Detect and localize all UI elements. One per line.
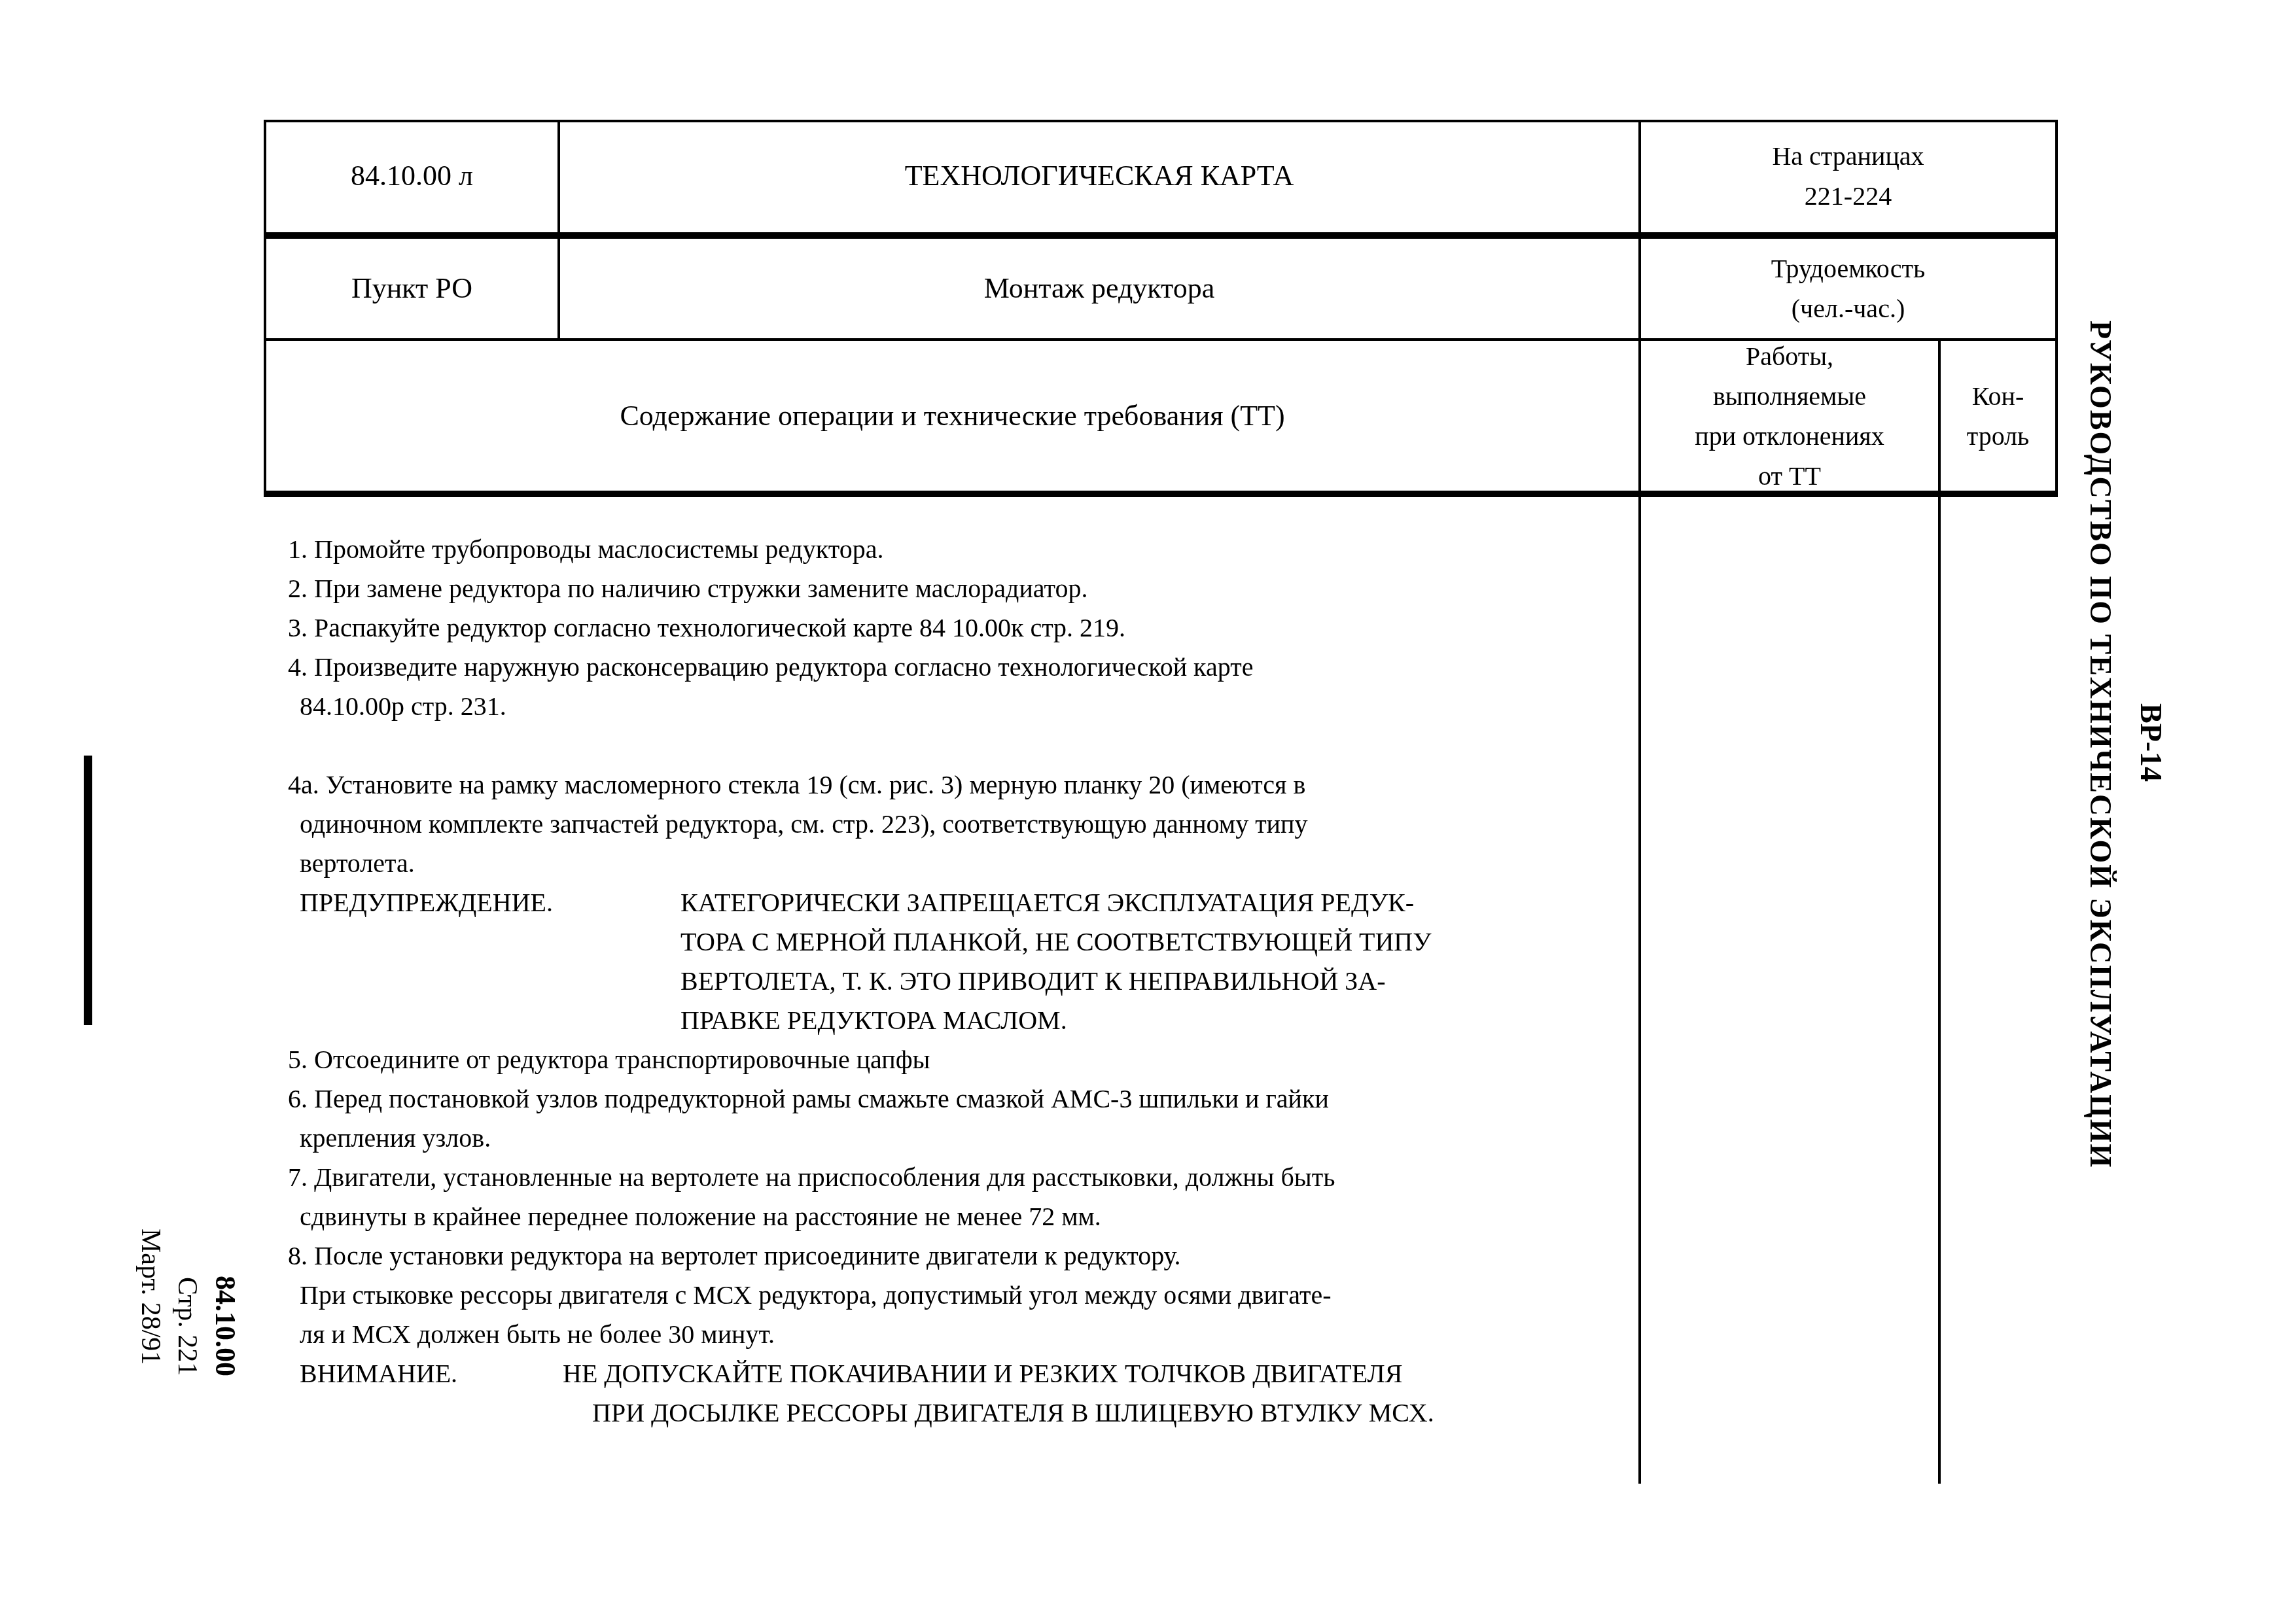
control-col-divider [1938,338,1941,1484]
body-line: 4. Произведите наружную расконсервацию р… [288,648,1623,687]
warning-first-line: ПРЕДУПРЕЖДЕНИЕ. КАТЕГОРИЧЕСКИ ЗАПРЕЩАЕТС… [288,883,1623,922]
body-line: одиночном комплекте запчастей редуктора,… [300,805,1623,844]
footer-page: Стр. 221 [170,1277,204,1376]
attention-first-line: ВНИМАНИЕ. НЕ ДОПУСКАЙТЕ ПОКАЧИВАНИИ И РЕ… [288,1354,1623,1393]
warning-text: ТОРА С МЕРНОЙ ПЛАНКОЙ, НЕ СООТВЕТСТВУЮЩЕ… [680,922,1623,962]
table-right-border [2055,120,2058,494]
warning-label: ПРЕДУПРЕЖДЕНИЕ. [300,883,553,922]
manual-title-vertical: РУКОВОДСТВО ПО ТЕХНИЧЕСКОЙ ЭКСПЛУАТАЦИИ [2084,321,2117,1168]
cell-deviation-header: Работы, выполняемые при отклонениях от Т… [1641,341,1938,491]
deviation-line: от ТТ [1758,456,1821,496]
cell-content-header: Содержание операции и технические требов… [266,341,1638,491]
cell-operation-title: Монтаж редуктора [560,239,1638,338]
warning-text: ПРАВКЕ РЕДУКТОРА МАСЛОМ. [680,1001,1623,1040]
body-line: При стыковке рессоры двигателя с МСХ ред… [300,1276,1623,1315]
control-line: Кон- [1972,376,2024,416]
control-line: троль [1967,416,2030,456]
attention-text: ПРИ ДОСЫЛКЕ РЕССОРЫ ДВИГАТЕЛЯ В ШЛИЦЕВУЮ… [592,1393,1623,1433]
body-line: ля и МСХ должен быть не более 30 минут. [300,1315,1623,1354]
labor-units: (чел.-час.) [1792,288,1905,328]
warning-text: КАТЕГОРИЧЕСКИ ЗАПРЕЩАЕТСЯ ЭКСПЛУАТАЦИЯ Р… [680,888,1414,917]
deviation-line: при отклонениях [1695,416,1884,456]
cell-control-header: Кон- троль [1941,341,2055,491]
item-label: Пункт РО [351,267,472,310]
row1-bottom-border [264,232,2058,239]
cell-labor: Трудоемкость (чел.-час.) [1641,239,2055,338]
deviation-line: Работы, [1746,336,1833,376]
body-line: крепления узлов. [300,1119,1623,1158]
change-bar [84,756,92,1025]
pages-range: 221-224 [1805,176,1892,216]
cell-title: ТЕХНОЛОГИЧЕСКАЯ КАРТА [560,120,1638,232]
body-line: 2. При замене редуктора по наличию струж… [288,569,1623,608]
warning-text: ВЕРТОЛЕТА, Т. К. ЭТО ПРИВОДИТ К НЕПРАВИЛ… [680,962,1623,1001]
deviation-line: выполняемые [1713,376,1866,416]
body-line: 3. Распакуйте редуктор согласно технолог… [288,608,1623,648]
document-page: 84.10.00 л ТЕХНОЛОГИЧЕСКАЯ КАРТА На стра… [0,0,2296,1623]
body-line: вертолета. [300,844,1623,883]
body-line: 1. Промойте трубопроводы маслосистемы ре… [288,530,1623,569]
page-title: ТЕХНОЛОГИЧЕСКАЯ КАРТА [905,154,1294,198]
body-line: 7. Двигатели, установленные на вертолете… [288,1158,1623,1197]
body-line: 84.10.00р стр. 231. [300,687,1623,726]
footer-date: Март. 28/91 [133,1229,168,1365]
body-line: 6. Перед постановкой узлов подредукторно… [288,1079,1623,1119]
pages-label: На страницах [1772,136,1924,176]
cell-pages: На страницах 221-224 [1641,120,2055,232]
attention-text: НЕ ДОПУСКАЙТЕ ПОКАЧИВАНИИ И РЕЗКИХ ТОЛЧК… [563,1359,1402,1388]
body-gap [288,726,1623,765]
cell-doc-code: 84.10.00 л [266,120,557,232]
body-line: 4а. Установите на рамку масломерного сте… [288,765,1623,805]
body-line: сдвинуты в крайнее переднее положение на… [300,1197,1623,1236]
cell-item-label: Пункт РО [266,239,557,338]
doc-code: 84.10.00 л [351,154,473,198]
model-code-vertical: ВР-14 [2134,703,2167,782]
operation-title: Монтаж редуктора [984,267,1215,310]
labor-label: Трудоемкость [1771,249,1926,288]
attention-label: ВНИМАНИЕ. [300,1354,457,1393]
content-header: Содержание операции и технические требов… [620,394,1284,438]
body-line: 5. Отсоедините от редуктора транспортиро… [288,1040,1623,1079]
operation-content: 1. Промойте трубопроводы маслосистемы ре… [288,530,1623,1433]
footer-section: 84.10.00 [208,1276,242,1376]
body-line: 8. После установки редуктора на вертолет… [288,1236,1623,1276]
